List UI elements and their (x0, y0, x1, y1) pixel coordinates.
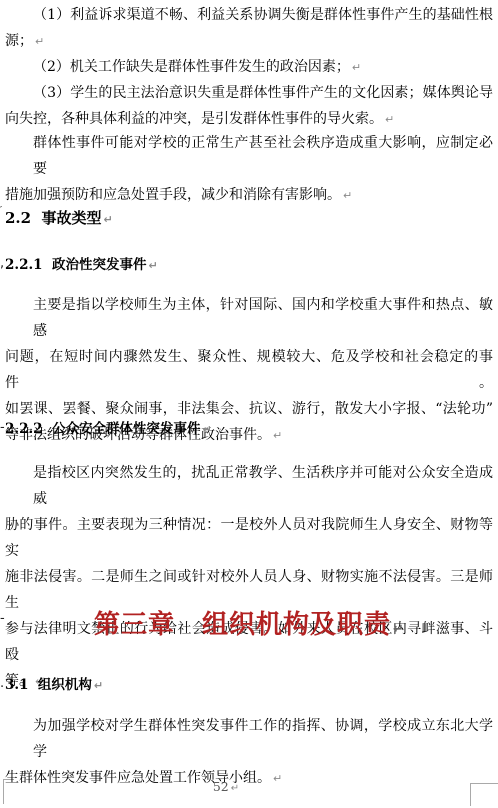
para-intro-item-1: （1）利益诉求渠道不畅、利益关系协调失衡是群体性事件产生的基础性根源；↵ (5, 2, 493, 55)
left-margin-mark: - (0, 613, 8, 625)
para-intro-item-3-line: （3）学生的民主法治意识失重是群体性事件产生的文化因素；媒体舆论导 (5, 80, 493, 106)
text-run: 问题，在短时间内骤然发生、聚众性、规模较大、危及学校和社会稳定的事件。 (5, 349, 493, 391)
text-run: 2.2 事故类型 (5, 209, 102, 227)
chapter-3-heading-line: 第三章 组织机构及职责↵ (5, 608, 493, 647)
heading-2-2-2: 2.2.2 公众安全群体性突发事件↵ (5, 420, 493, 439)
para-intro-item-1-line: （1）利益诉求渠道不畅、利益关系协调失衡是群体性事件产生的基础性根 (5, 2, 493, 28)
text-run: 为加强学校对学生群体性突发事件工作的指挥、协调，学校成立东北大学学 (33, 718, 493, 760)
para-political-events-line: 问题，在短时间内骤然发生、聚众性、规模较大、危及学校和社会稳定的事件。 (5, 344, 493, 396)
text-run: 群体性事件可能对学校的正常生产甚至社会秩序造成重大影响，应制定必要 (33, 135, 493, 177)
text-run: 是指校区内突然发生的，扰乱正常教学、生活秩序并可能对公众安全造成威 (33, 465, 493, 507)
para-intro-item-2: （2）机关工作缺失是群体性事件发生的政治因素；↵ (5, 54, 493, 81)
para-leading-group-line: 为加强学校对学生群体性突发事件工作的指挥、协调，学校成立东北大学学 (5, 713, 493, 765)
text-run: 2.2.2 公众安全群体性突发事件 (5, 421, 200, 437)
paragraph-mark-icon: ↵ (385, 113, 394, 126)
left-margin-mark: ′ (0, 206, 8, 218)
paragraph-mark-icon: ↵ (94, 679, 103, 692)
chapter-3-heading: 第三章 组织机构及职责↵ (5, 608, 493, 647)
heading-2-2: 2.2 事故类型↵ (5, 207, 493, 231)
text-run: 如罢课、罢餐、聚众闹事，非法集会、抗议、游行，散发大小字报、“法轮功” (5, 401, 493, 417)
text-run: 向失控，各种具体利益的冲突，是引发群体性事件的导火索。 (5, 111, 383, 127)
para-public-safety-line: 胁的事件。主要表现为三种情况：一是校外人员对我院师生人身安全、财物等实 (5, 512, 493, 564)
text-run: 第三章 组织机构及职责 (94, 610, 391, 640)
para-public-safety-line: 是指校区内突然发生的，扰乱正常教学、生活秩序并可能对公众安全造成威 (5, 460, 493, 512)
text-run: （3）学生的民主法治意识失重是群体性事件产生的文化因素；媒体舆论导 (33, 85, 493, 101)
text-run: 2.2.1 政治性突发事件 (5, 257, 146, 273)
heading-2-2-line: 2.2 事故类型↵ (5, 207, 493, 231)
left-margin-mark: - (0, 422, 8, 434)
text-run: 52 (213, 779, 229, 794)
document-page: （1）利益诉求渠道不畅、利益关系协调失衡是群体性事件产生的基础性根源；↵（2）机… (0, 0, 498, 808)
para-impact-line: 措施加强预防和应急处置手段，减少和消除有害影响。↵ (5, 182, 493, 209)
left-margin-mark: , (0, 258, 8, 270)
text-run: 3.1 组织机构 (5, 677, 92, 693)
para-intro-item-3-line: 向失控，各种具体利益的冲突，是引发群体性事件的导火索。↵ (5, 106, 493, 133)
text-run: 施非法侵害。二是师生之间或针对校外人员人身、财物实施不法侵害。三是师生 (5, 569, 493, 611)
paragraph-mark-icon: ↵ (148, 259, 157, 272)
text-run: （2）机关工作缺失是群体性事件发生的政治因素； (33, 59, 350, 75)
heading-2-2-1-line: 2.2.1 政治性突发事件↵ (5, 256, 493, 275)
paragraph-mark-icon: ↵ (35, 35, 44, 48)
para-public-safety: 是指校区内突然发生的，扰乱正常教学、生活秩序并可能对公众安全造成威胁的事件。主要… (5, 460, 493, 695)
paragraph-mark-icon: ↵ (202, 423, 211, 436)
paragraph-mark-icon: ↵ (231, 783, 239, 794)
heading-3-1: 3.1 组织机构↵ (5, 676, 493, 695)
left-margin-mark: . (0, 678, 8, 690)
paragraph-mark-icon: ↵ (343, 189, 352, 202)
paragraph-mark-icon: ↵ (104, 213, 113, 226)
para-political-events-line: 主要是指以学校师生为主体，针对国际、国内和学校重大事件和热点、敏感 (5, 292, 493, 344)
paragraph-mark-icon: ↵ (352, 61, 361, 74)
para-political-events-line: 如罢课、罢餐、聚众闹事，非法集会、抗议、游行，散发大小字报、“法轮功” (5, 396, 493, 422)
text-run: 源； (5, 33, 33, 49)
page-number: 52↵ (0, 779, 452, 797)
page-number-line: 52↵ (0, 779, 452, 797)
text-run: （1）利益诉求渠道不畅、利益关系协调失衡是群体性事件产生的基础性根 (33, 7, 493, 23)
heading-3-1-line: 3.1 组织机构↵ (5, 676, 493, 695)
para-intro-item-3: （3）学生的民主法治意识失重是群体性事件产生的文化因素；媒体舆论导向失控，各种具… (5, 80, 493, 133)
heading-2-2-1: 2.2.1 政治性突发事件↵ (5, 256, 493, 275)
text-run: 主要是指以学校师生为主体，针对国际、国内和学校重大事件和热点、敏感 (33, 297, 493, 339)
text-run: 胁的事件。主要表现为三种情况：一是校外人员对我院师生人身安全、财物等实 (5, 517, 493, 559)
para-impact: 群体性事件可能对学校的正常生产甚至社会秩序造成重大影响，应制定必要措施加强预防和… (5, 130, 493, 209)
text-run: 措施加强预防和应急处置手段，减少和消除有害影响。 (5, 187, 341, 203)
para-intro-item-1-line: 源；↵ (5, 28, 493, 55)
para-impact-line: 群体性事件可能对学校的正常生产甚至社会秩序造成重大影响，应制定必要 (5, 130, 493, 182)
para-intro-item-2-line: （2）机关工作缺失是群体性事件发生的政治因素；↵ (5, 54, 493, 81)
heading-2-2-2-line: 2.2.2 公众安全群体性突发事件↵ (5, 420, 493, 439)
paragraph-mark-icon: ↵ (393, 622, 404, 637)
